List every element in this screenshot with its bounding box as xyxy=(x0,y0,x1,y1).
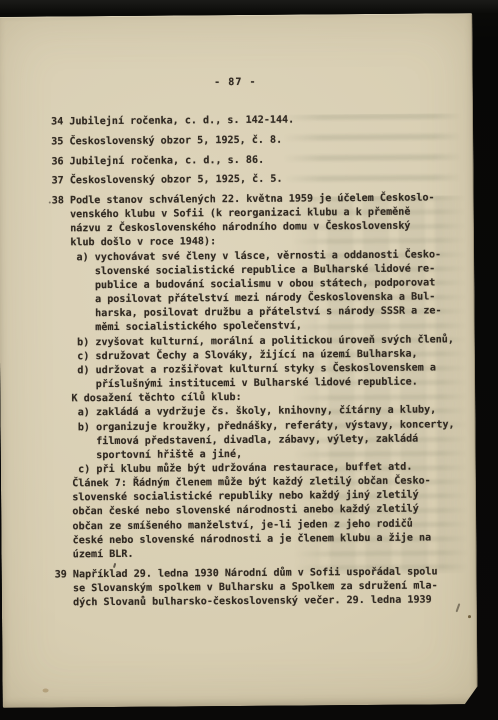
ink-dot xyxy=(49,201,51,203)
footnote-entry-34: 34 Jubilejní ročenka, c. d., s. 142-144. xyxy=(51,112,465,129)
footnote-entry-35: 35 Československý obzor 5, 1925, č. 8. xyxy=(51,132,465,149)
footnote-entry-38: 38 Podle stanov schválených 22. května 1… xyxy=(52,191,469,562)
footnote-entry-39: 39 Například 29. ledna 1930 Národní dům … xyxy=(55,565,469,611)
footnote-entry-36: 36 Jubilejní ročenka, c. d., s. 86. xyxy=(51,152,465,169)
footnote-entry-37: 37 Československý obzor 5, 1925, č. 5. xyxy=(52,171,466,188)
page-number: - 87 - xyxy=(0,74,473,92)
footnotes-list: 34 Jubilejní ročenka, c. d., s. 142-144.… xyxy=(51,112,469,616)
paper-speck xyxy=(468,615,471,618)
scan-background: - 87 - 34 Jubilejní ročenka, c. d., s. 1… xyxy=(0,0,498,720)
paper-stain xyxy=(43,688,49,692)
document-page: - 87 - 34 Jubilejní ročenka, c. d., s. 1… xyxy=(0,13,478,708)
